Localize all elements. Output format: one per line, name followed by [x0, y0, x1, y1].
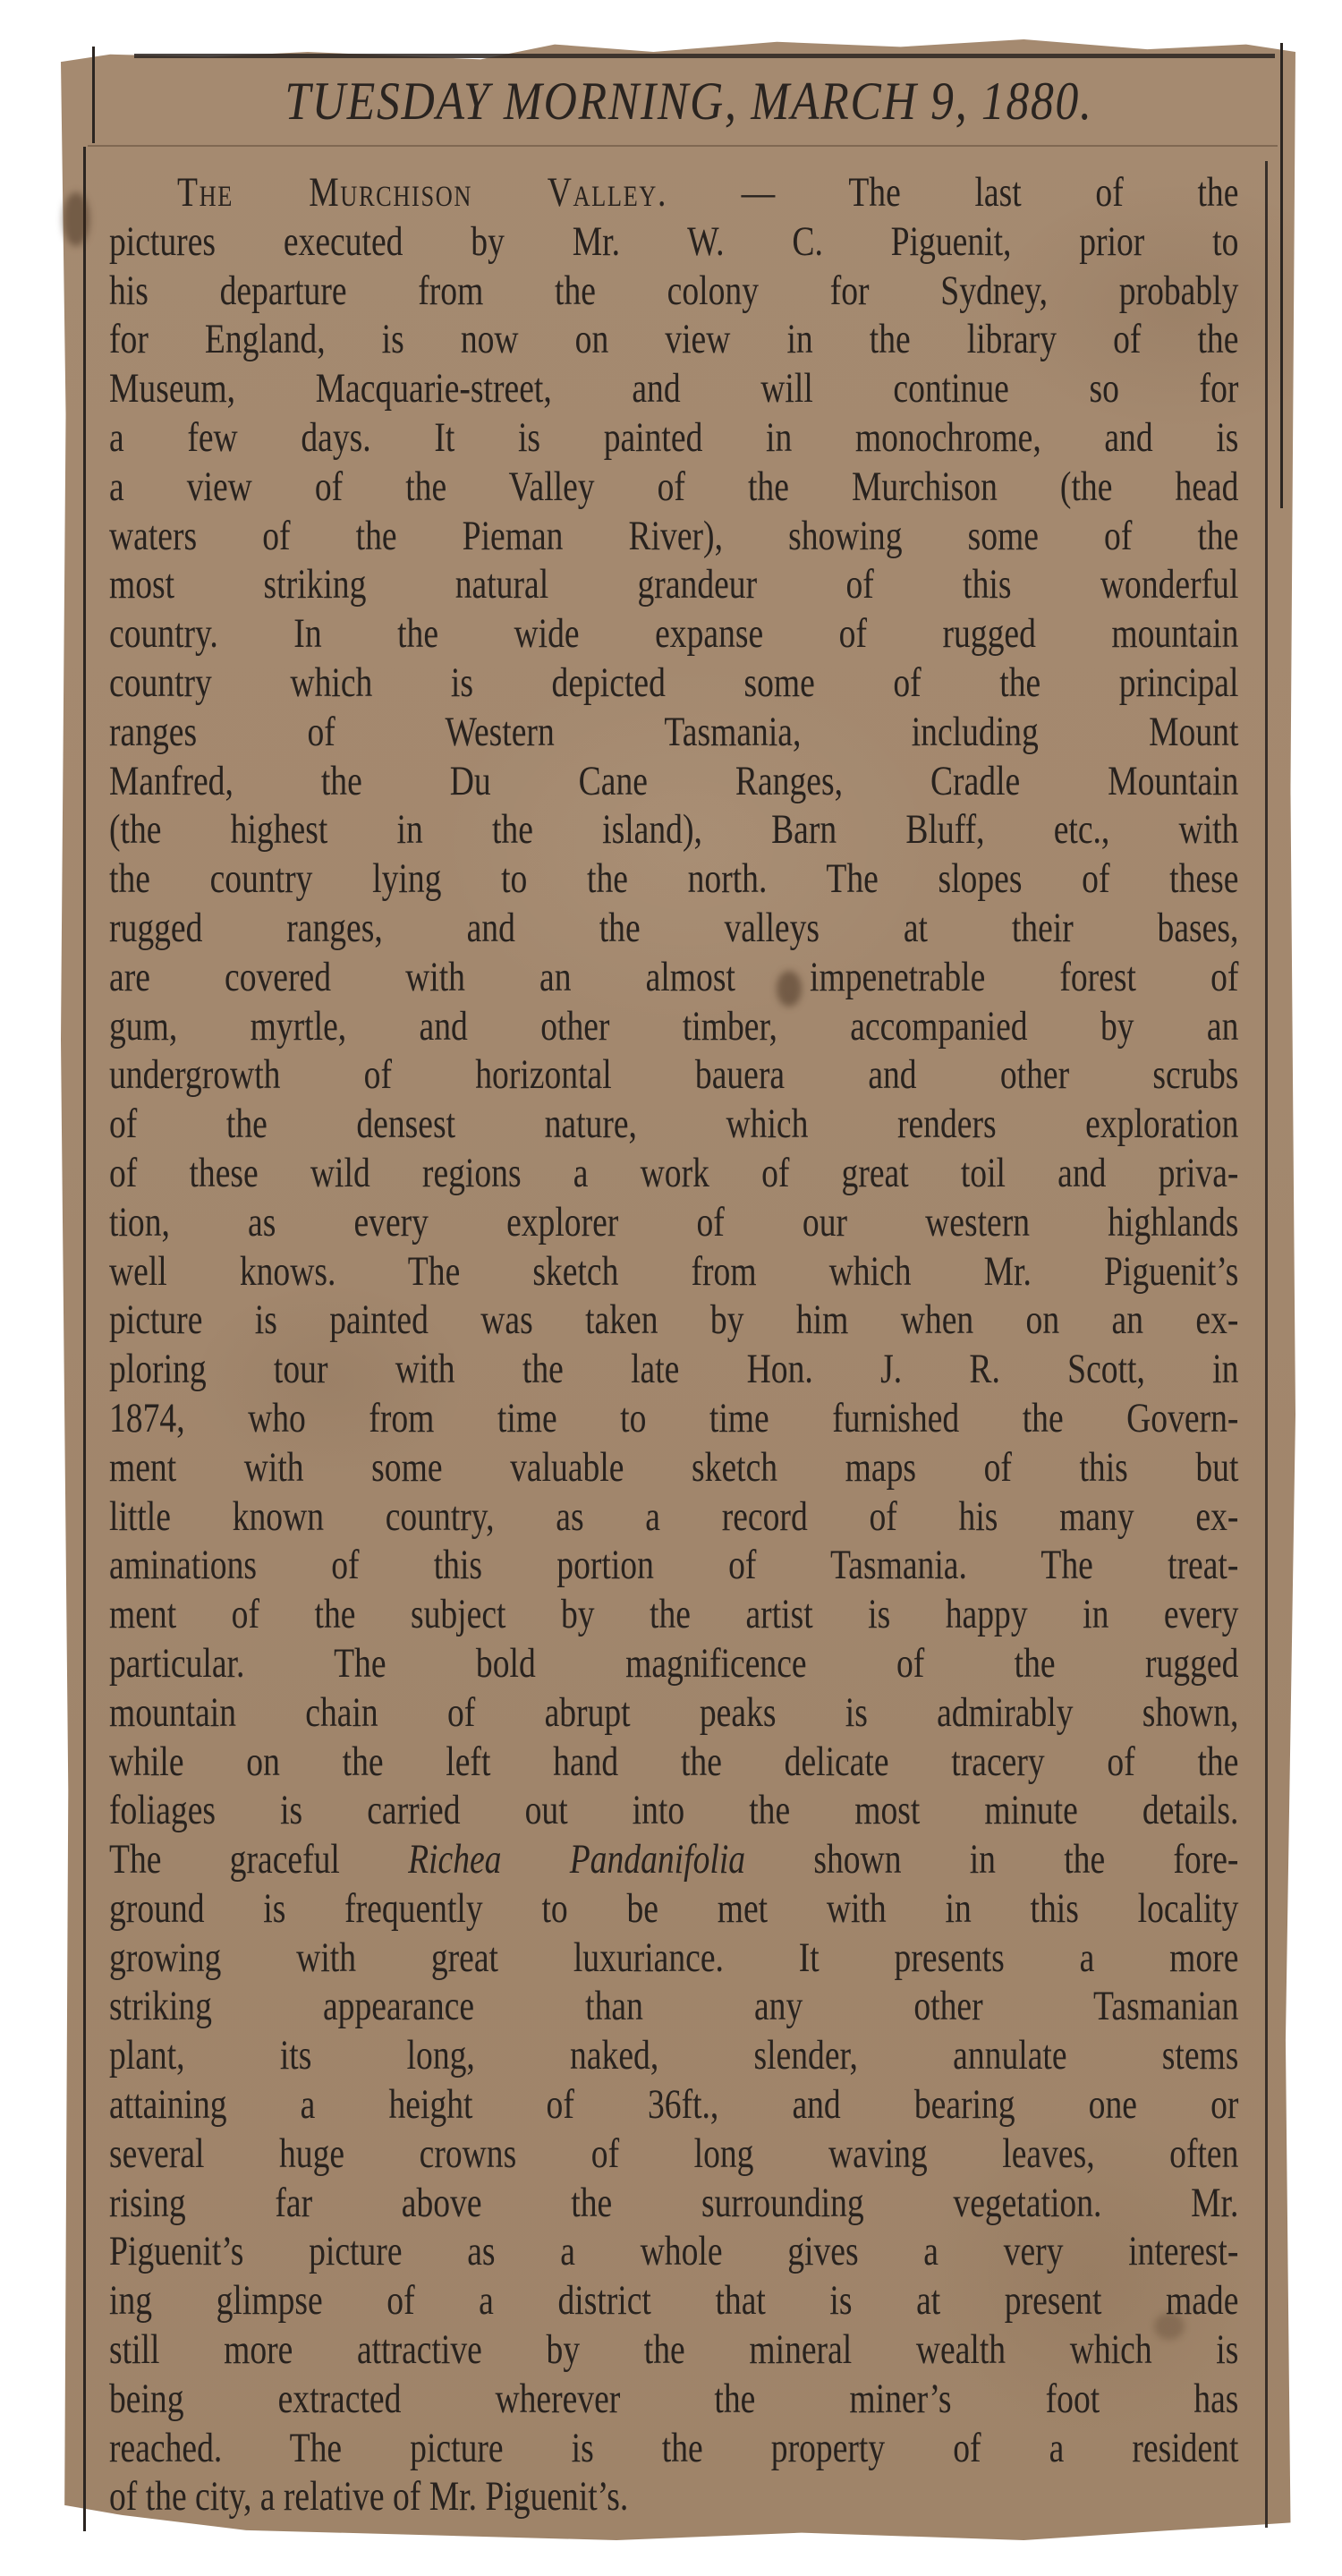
article-line: of these wild regions a work of great to…: [109, 1149, 1238, 1198]
article-line: for England, is now on view in the libra…: [109, 315, 1238, 364]
column-rule-left-top: [92, 47, 95, 143]
article-line: country. In the wide expanse of rugged m…: [109, 609, 1238, 659]
article-line: rugged ranges, and the valleys at their …: [109, 904, 1238, 953]
article-line: little known country, as a record of his…: [109, 1492, 1238, 1542]
dateline: TUESDAY MORNING, MARCH 9, 1880.: [242, 70, 1135, 132]
article-headline: The Murchison Valley.: [177, 169, 667, 216]
article-line: his departure from the colony for Sydney…: [109, 267, 1238, 316]
ink-stain: [63, 192, 89, 246]
article-line: of the densest nature, which renders exp…: [109, 1100, 1238, 1149]
article-line: ploring tour with the late Hon. J. R. Sc…: [109, 1345, 1238, 1394]
article-line: undergrowth of horizontal bauera and oth…: [109, 1050, 1238, 1100]
article-line: Museum, Macquarie-street, and will conti…: [109, 364, 1238, 413]
article-body: The Murchison Valley. — The last of the …: [109, 168, 1238, 2521]
fold-crease: [88, 145, 1278, 147]
article-line: several huge crowns of long waving leave…: [109, 2130, 1238, 2179]
article-line: (the highest in the island), Barn Bluff,…: [109, 805, 1238, 854]
article-line: aminations of this portion of Tasmania. …: [109, 1541, 1238, 1590]
header-rule: [134, 54, 1275, 58]
article-line: The Murchison Valley. — The last of the: [109, 168, 1238, 217]
article-line: particular. The bold magnificence of the…: [109, 1639, 1238, 1688]
column-rule-right: [1265, 161, 1268, 2528]
article-line: still more attractive by the mineral wea…: [109, 2325, 1238, 2375]
article-line: gum, myrtle, and other timber, accompani…: [109, 1002, 1238, 1051]
article-line: 1874, who from time to time furnished th…: [109, 1394, 1238, 1443]
article-line: are covered with an almost impenetrable …: [109, 953, 1238, 1002]
article-line: a view of the Valley of the Murchison (t…: [109, 463, 1238, 512]
article-line: waters of the Pieman River), showing som…: [109, 512, 1238, 561]
article-line: plant, its long, naked, slender, annulat…: [109, 2031, 1238, 2080]
article-line: ground is frequently to be met with in t…: [109, 1884, 1238, 1934]
article-line: ment of the subject by the artist is hap…: [109, 1590, 1238, 1639]
article-line: ranges of Western Tasmania, including Mo…: [109, 708, 1238, 757]
article-line: mountain chain of abrupt peaks is admira…: [109, 1688, 1238, 1738]
species-name: Richea Pandanifolia: [408, 1836, 745, 1883]
column-rule-right-top: [1280, 43, 1283, 508]
article-line: The graceful Richea Pandanifolia shown i…: [109, 1835, 1238, 1884]
article-line: well knows. The sketch from which Mr. Pi…: [109, 1247, 1238, 1297]
article-line: picture is painted was taken by him when…: [109, 1296, 1238, 1345]
article-line: tion, as every explorer of our western h…: [109, 1198, 1238, 1247]
article-line: foliages is carried out into the most mi…: [109, 1786, 1238, 1835]
article-line: Manfred, the Du Cane Ranges, Cradle Moun…: [109, 757, 1238, 806]
article-line: a few days. It is painted in monochrome,…: [109, 413, 1238, 463]
article-line: most striking natural grandeur of this w…: [109, 560, 1238, 609]
article-line: being extracted wherever the miner’s foo…: [109, 2375, 1238, 2424]
article-line: rising far above the surrounding vegetat…: [109, 2179, 1238, 2228]
article-line: while on the left hand the delicate trac…: [109, 1738, 1238, 1787]
article-line: the country lying to the north. The slop…: [109, 854, 1238, 904]
article-line: growing with great luxuriance. It presen…: [109, 1934, 1238, 1983]
article-line: of the city, a relative of Mr. Piguenit’…: [109, 2472, 1238, 2521]
article-line: reached. The picture is the property of …: [109, 2424, 1238, 2473]
column-rule-left: [83, 147, 86, 2531]
article-line: ing glimpse of a district that is at pre…: [109, 2276, 1238, 2325]
article-line: ment with some valuable sketch maps of t…: [109, 1443, 1238, 1492]
article-line: striking appearance than any other Tasma…: [109, 1982, 1238, 2031]
article-line: Piguenit’s picture as a whole gives a ve…: [109, 2227, 1238, 2276]
article-line: attaining a height of 36ft., and bearing…: [109, 2080, 1238, 2130]
article-line: pictures executed by Mr. W. C. Piguenit,…: [109, 217, 1238, 267]
article-line: country which is depicted some of the pr…: [109, 659, 1238, 708]
